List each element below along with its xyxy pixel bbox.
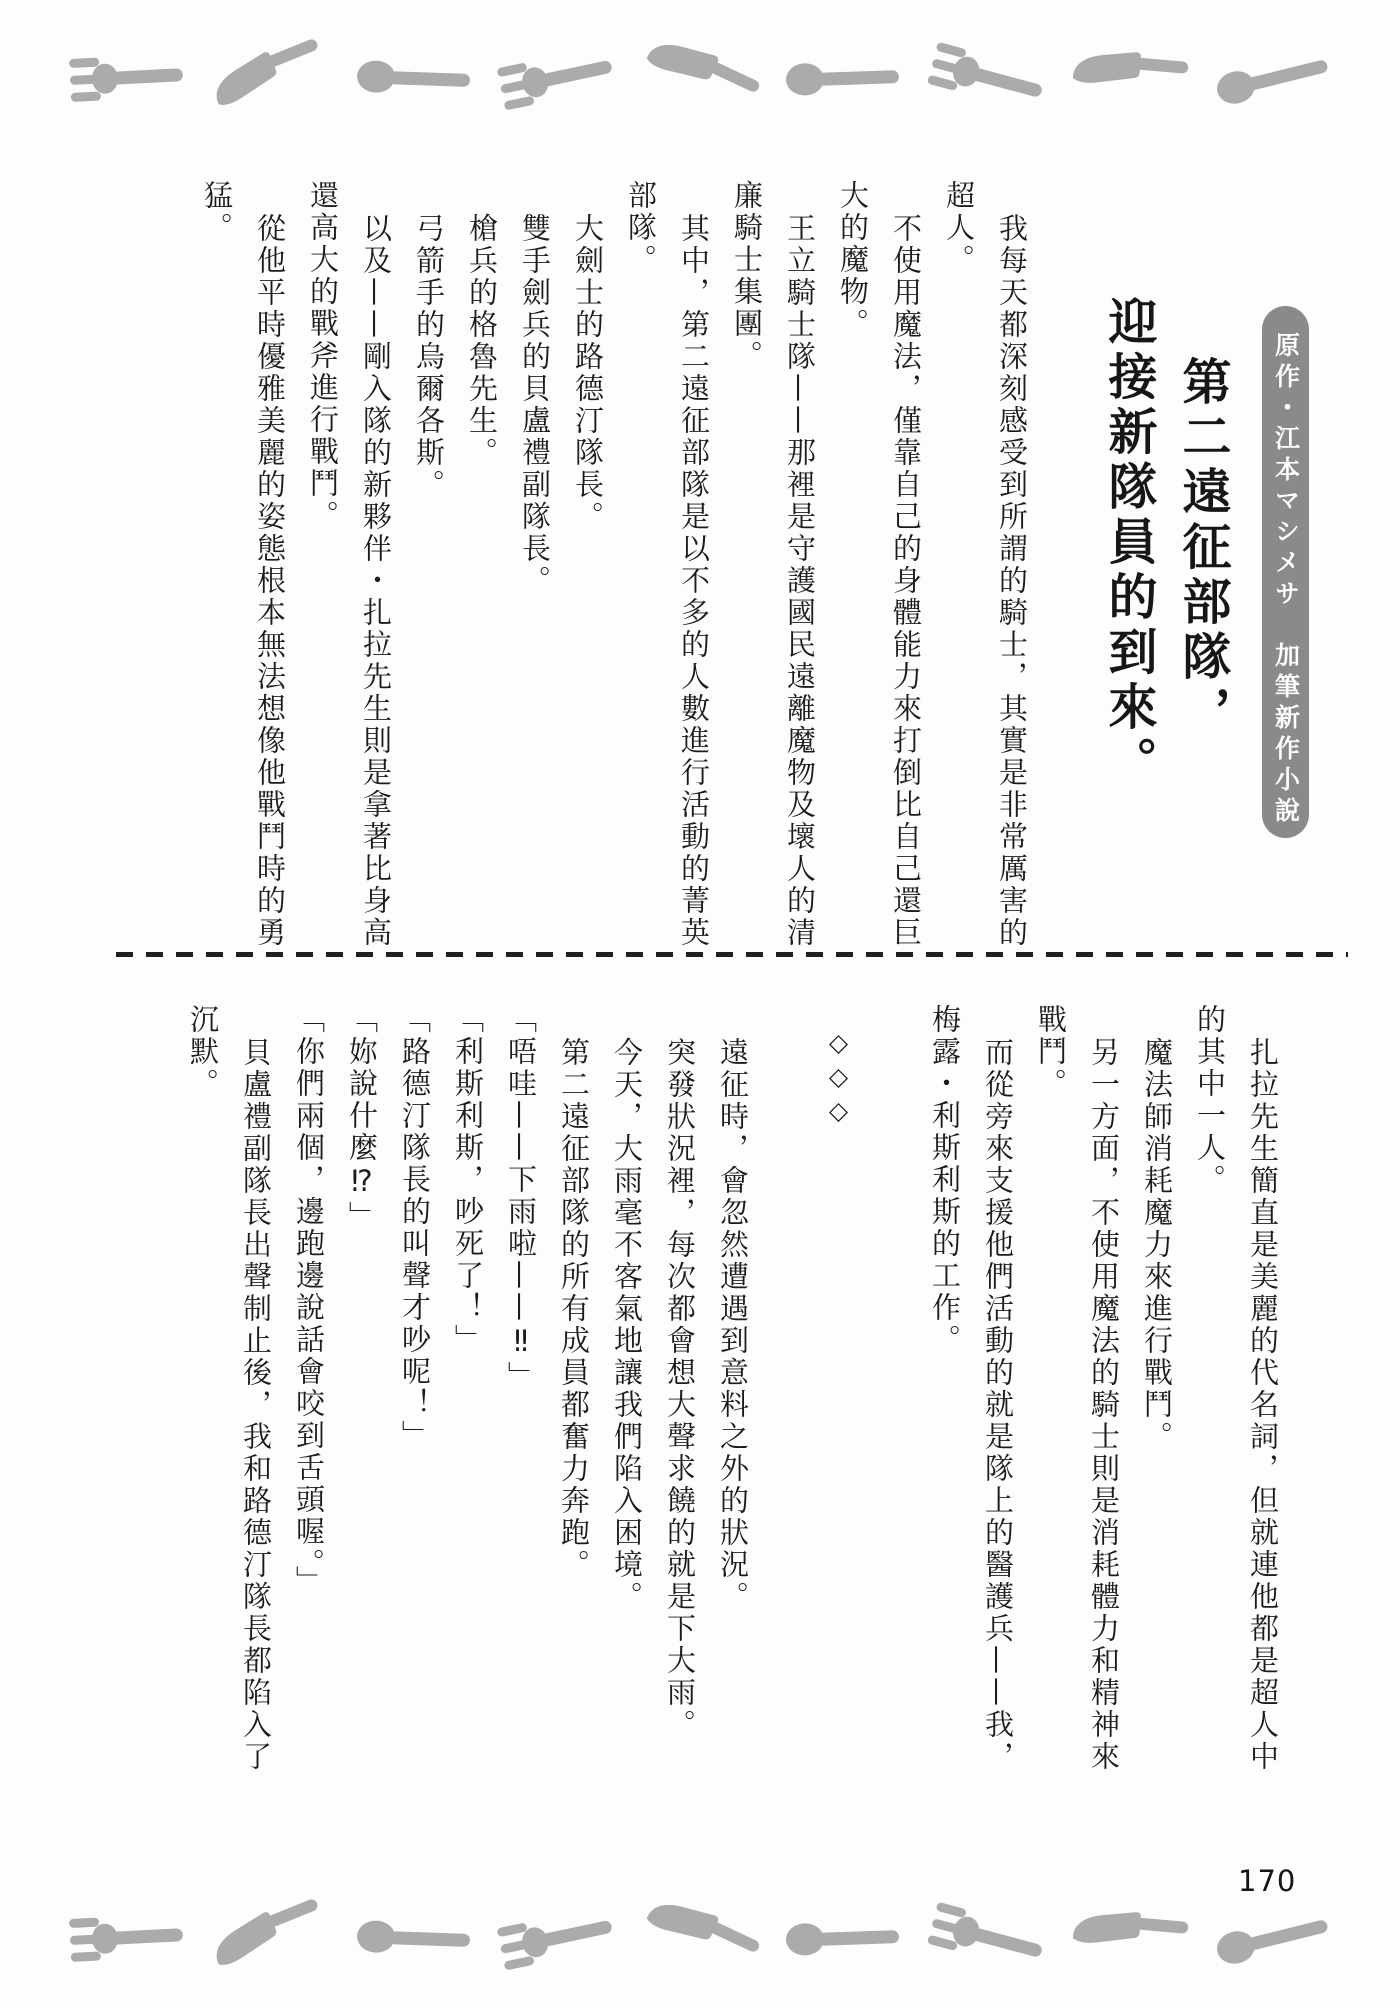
text-column: 而從旁來支援他們活動的就是隊上的醫護兵——我，	[971, 1004, 1024, 1796]
text-column: 的其中一人。	[1183, 1004, 1236, 1796]
spoon-icon	[1214, 47, 1336, 113]
fork-icon	[68, 47, 190, 113]
body-text-block-upper: 我每天都深刻感受到所謂的騎士，其實是非常厲害的超人。不使用魔法，僅靠自己的身體能…	[190, 180, 1038, 952]
credit-banner: 原作・江本マシメサ 加筆新作小說	[1262, 306, 1309, 838]
blank-column	[865, 1004, 918, 1796]
text-column: 猛。	[190, 180, 243, 952]
fork-icon	[68, 1907, 190, 1973]
fork-icon	[928, 47, 1050, 113]
knife-icon	[211, 47, 333, 113]
text-column: 「路德汀隊長的叫聲才吵呢！」	[388, 1004, 441, 1796]
dashed-section-divider	[116, 952, 1348, 957]
text-column: 王立騎士隊——那裡是守護國民遠離魔物及壞人的清	[773, 180, 826, 952]
knife-icon	[641, 47, 763, 113]
fork-icon	[498, 1907, 620, 1973]
text-column: 「妳說什麼⁉」	[335, 1004, 388, 1796]
fork-icon	[928, 1907, 1050, 1973]
book-page: 原作・江本マシメサ 加筆新作小說 第二遠征部隊， 迎接新隊員的到來。 我每天都深…	[0, 0, 1400, 2008]
text-column: 遠征時，會忽然遭遇到意料之外的狀況。	[706, 1004, 759, 1796]
blank-column	[759, 1004, 812, 1796]
knife-icon	[641, 1907, 763, 1973]
text-column: 還高大的戰斧進行戰鬥。	[296, 180, 349, 952]
text-column: 弓箭手的烏爾各斯。	[402, 180, 455, 952]
text-column: 貝盧禮副隊長出聲制止後，我和路德汀隊長都陷入了	[229, 1004, 282, 1796]
text-column: 不使用魔法，僅靠自己的身體能力來打倒比自己還巨	[879, 180, 932, 952]
cutlery-border-bottom	[68, 1904, 1336, 1976]
text-column: 另一方面，不使用魔法的騎士則是消耗體力和精神來	[1077, 1004, 1130, 1796]
text-column: 雙手劍兵的貝盧禮副隊長。	[508, 180, 561, 952]
text-column: 「你們兩個，邊跑邊說話會咬到舌頭喔。」	[282, 1004, 335, 1796]
text-column: 部隊。	[614, 180, 667, 952]
text-column: 魔法師消耗魔力來進行戰鬥。	[1130, 1004, 1183, 1796]
spoon-icon	[784, 47, 906, 113]
text-column: 梅露・利斯利斯的工作。	[918, 1004, 971, 1796]
text-column: 「利斯利斯，吵死了！」	[441, 1004, 494, 1796]
fork-icon	[498, 47, 620, 113]
spoon-icon	[784, 1907, 906, 1973]
text-column: 大劍士的路德汀隊長。	[561, 180, 614, 952]
page-number: 170	[1238, 1864, 1296, 1898]
text-column: 我每天都深刻感受到所謂的騎士，其實是非常厲害的	[985, 180, 1038, 952]
text-column: 超人。	[932, 180, 985, 952]
knife-icon	[211, 1907, 333, 1973]
story-title-line-2: 迎接新隊員的到來。	[1094, 296, 1164, 791]
text-column: 今天，大雨毫不客氣地讓我們陷入困境。	[600, 1004, 653, 1796]
story-title-line-1: 第二遠征部隊，	[1168, 356, 1238, 741]
body-text-block-lower: 扎拉先生簡直是美麗的代名詞，但就連他都是超人中的其中一人。魔法師消耗魔力來進行戰…	[176, 1004, 1289, 1796]
knife-icon	[1071, 47, 1193, 113]
text-column: 從他平時優雅美麗的姿態根本無法想像他戰鬥時的勇	[243, 180, 296, 952]
credit-banner-label: 原作・江本マシメサ 加筆新作小說	[1268, 306, 1304, 838]
text-column: 戰鬥。	[1024, 1004, 1077, 1796]
spoon-icon	[355, 1907, 477, 1973]
text-column: 廉騎士集團。	[720, 180, 773, 952]
text-column: 槍兵的格魯先生。	[455, 180, 508, 952]
text-column: 大的魔物。	[826, 180, 879, 952]
text-column: 沉默。	[176, 1004, 229, 1796]
spoon-icon	[355, 47, 477, 113]
text-column: 以及——剛入隊的新夥伴・扎拉先生則是拿著比身高	[349, 180, 402, 952]
scene-break-diamonds: ◇◇◇	[812, 1004, 865, 1796]
cutlery-border-top	[68, 44, 1336, 116]
text-column: 第二遠征部隊的所有成員都奮力奔跑。	[547, 1004, 600, 1796]
text-column: 其中，第二遠征部隊是以不多的人數進行活動的菁英	[667, 180, 720, 952]
text-column: 突發狀況裡，每次都會想大聲求饒的就是下大雨。	[653, 1004, 706, 1796]
text-column: 「唔哇——下雨啦——‼」	[494, 1004, 547, 1796]
knife-icon	[1071, 1907, 1193, 1973]
text-column: 扎拉先生簡直是美麗的代名詞，但就連他都是超人中	[1236, 1004, 1289, 1796]
spoon-icon	[1214, 1907, 1336, 1973]
